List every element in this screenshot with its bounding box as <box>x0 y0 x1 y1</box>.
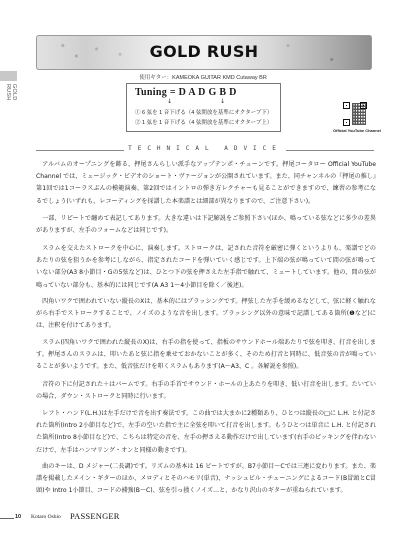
footer-author: Kotaro Oshio <box>31 514 61 520</box>
advice-paragraph: 四角いワクで囲われていない縦長のXは、基本的にはブラッシングです。押弦した左手を… <box>36 296 376 333</box>
song-title: GOLD RUSH <box>36 42 372 61</box>
side-index-label: GOLD RUSH <box>9 84 17 118</box>
qr-caption: Official YouTube Channel <box>333 128 381 133</box>
tuning-label: Tuning = D A D G B D <box>135 87 237 98</box>
tuning-note: ① 6 弦を 1 音下げる（4 弦開放を基準にオクターブ下） <box>135 108 272 116</box>
advice-paragraph: スラム(四角いワクで囲われた縦長のX)は、右手の指を使って、指板のサウンドホール… <box>36 337 376 374</box>
title-banner: GOLD RUSH <box>36 35 372 70</box>
footer-rule <box>0 518 14 519</box>
down-arrow-icon: ↓ <box>220 98 225 105</box>
footer-album-title: PASSENGER <box>70 511 120 521</box>
advice-paragraph: レフト・ハンド(L.H.)は左手だけで音を出す奏法です。この曲では大まかに2種類… <box>36 408 376 457</box>
page-number: 10 <box>15 514 21 520</box>
section-heading: TECHNICAL ADVICE <box>36 145 374 155</box>
section-heading-text: TECHNICAL ADVICE <box>124 145 286 152</box>
guitar-used-caption: 使用ギター：KAMEOKA GUITAR KMD Cutaway BR <box>0 73 406 81</box>
advice-paragraph: スラムを交えたストロークを中心に、演奏します。ストロークは、記された音符を厳密に… <box>36 243 376 292</box>
down-arrow-icon: ↓ <box>167 98 172 105</box>
advice-paragraph: 音符の下に付記された＋はパームです。右手の手首でサウンド・ホールの上あたりを叩き… <box>36 379 376 403</box>
advice-paragraph: アルバムのオープニングを飾る、押尾さんらしい派手なアップテンポ・チューンです。押… <box>36 159 376 208</box>
advice-paragraph: 一部、リピートで纏めて表記してあります。大きな違いは下記解説をご参照下さい(ほか… <box>36 213 376 237</box>
tuning-note: ② 1 弦を 1 音下げる（4 弦開放を基準にオクターブ上） <box>135 118 272 126</box>
advice-paragraph: 曲のキーは、D メジャー(二長調)です。リズムの基本は 16 ビートですが、B7… <box>36 461 376 498</box>
qr-code-icon[interactable] <box>343 102 367 126</box>
tuning-box: Tuning = D A D G B D ↓ ↓ ① 6 弦を 1 音下げる（4… <box>126 83 281 132</box>
